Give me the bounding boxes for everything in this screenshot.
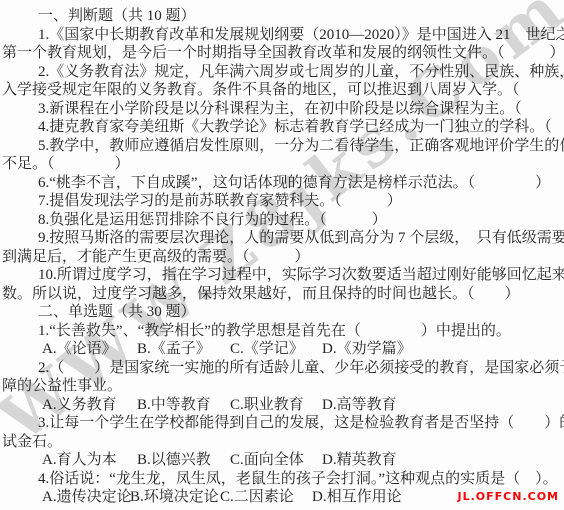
exam-paper-page: WWW.Z8jks.Com 一、判断题（共 10 题）1.《国家中长期教育改革和…	[0, 0, 564, 510]
text-line: 4.俗话说：“龙生龙，凤生凤，老鼠生的孩子会打洞。”这种观点的实质是（ ）。	[2, 470, 564, 489]
text-line: 到满足后，才能产生更高级的需要。（ ）	[2, 248, 564, 267]
answer-option: D.精英教育	[322, 451, 397, 470]
answer-option: C.《学记》	[230, 340, 304, 359]
answer-option: D.相互作用论	[312, 488, 402, 507]
answer-option: B.中等教育	[137, 396, 211, 415]
text-line: 不足。（ ）	[2, 155, 564, 174]
text-line: 4.捷克教育家夸美纽斯《大教学论》标志着教育学已经成为一门独立的学科。（ ）	[2, 118, 564, 137]
text-line: 2.（ ）是国家统一实施的所有适龄儿童、少年必须接受的教育，是国家必须予以保	[2, 359, 564, 378]
text-line: 二、单选题（共 30 题）	[2, 303, 564, 322]
text-line: 2.《义务教育法》规定，凡年满六周岁或七周岁的儿童，不分性别、民族、种族，应当	[2, 63, 564, 82]
text-line: 6.“桃李不言，下自成蹊”，这句话体现的德育方法是榜样示范法。（ ）	[2, 174, 564, 193]
text-line: 7.提倡发现法学习的是前苏联教育家赞科夫。（ ）	[2, 192, 564, 211]
text-line: 3.新课程在小学阶段是以分科课程为主，在初中阶段是以综合课程为主。（ ）	[2, 100, 564, 119]
answer-option: C.二因素论	[220, 488, 294, 507]
text-line: 第一个教育规划，是今后一个时期指导全国教育改革和发展的纲领性文件。（ ）	[2, 44, 564, 63]
answer-options-row: A.育人为本B.以德兴教C.面向全体D.精英教育	[2, 451, 564, 470]
text-line: 试金石。	[2, 433, 564, 452]
text-line: 10.所谓过度学习，指在学习过程中，实际学习次数要适当超过刚好能够回忆起来的次	[2, 266, 564, 285]
answer-option: A.义务教育	[42, 396, 117, 415]
brand-mark: JL.OFFCN.COM	[458, 490, 560, 503]
answer-option: B.《孟子》	[137, 340, 211, 359]
answer-options-row: A.义务教育B.中等教育C.职业教育D.高等教育	[2, 396, 564, 415]
answer-option: C.面向全体	[230, 451, 304, 470]
text-line: 障的公益性事业。	[2, 377, 564, 396]
answer-option: A.遗传决定论	[42, 488, 132, 507]
text-line: 8.负强化是运用惩罚排除不良行为的过程。（ ）	[2, 211, 564, 230]
text-line: 3.让每一个学生在学校都能得到自己的发展，这是检验教育者是否坚持（ ）的一块	[2, 414, 564, 433]
text-line: 一、判断题（共 10 题）	[2, 7, 564, 26]
text-line: 5.教学中，教师应遵循启发性原则，一分为二看待学生，正确客观地评价学生的优点与	[2, 137, 564, 156]
text-line: 1.“长善救失”、“教学相长”的教学思想是首先在（ ）中提出的。	[2, 322, 564, 341]
answer-option: B.环境决定论	[130, 488, 219, 507]
text-line: 9.按照马斯洛的需要层次理论，人的需要从低到高分为 7 个层级， 只有低级需要完…	[2, 229, 564, 248]
answer-option: A.育人为本	[42, 451, 117, 470]
text-line: 1.《国家中长期教育改革和发展规划纲要（2010—2020）》是中国进入 21 …	[2, 26, 564, 45]
text-line: 入学接受规定年限的义务教育。条件不具备的地区，可以推迟到八周岁入学。（ ）	[2, 81, 564, 100]
answer-option: B.以德兴教	[137, 451, 211, 470]
document-body: 一、判断题（共 10 题）1.《国家中长期教育改革和发展规划纲要（2010—20…	[0, 0, 564, 507]
answer-option: A.《论语》	[42, 340, 117, 359]
answer-option: D.《劝学篇》	[322, 340, 412, 359]
text-line: 数。所以说，过度学习越多，保持效果越好，而且保持的时间也越长。（ ）	[2, 285, 564, 304]
answer-option: D.高等教育	[322, 396, 397, 415]
answer-options-row: A.《论语》B.《孟子》C.《学记》D.《劝学篇》	[2, 340, 564, 359]
answer-option: C.职业教育	[230, 396, 304, 415]
